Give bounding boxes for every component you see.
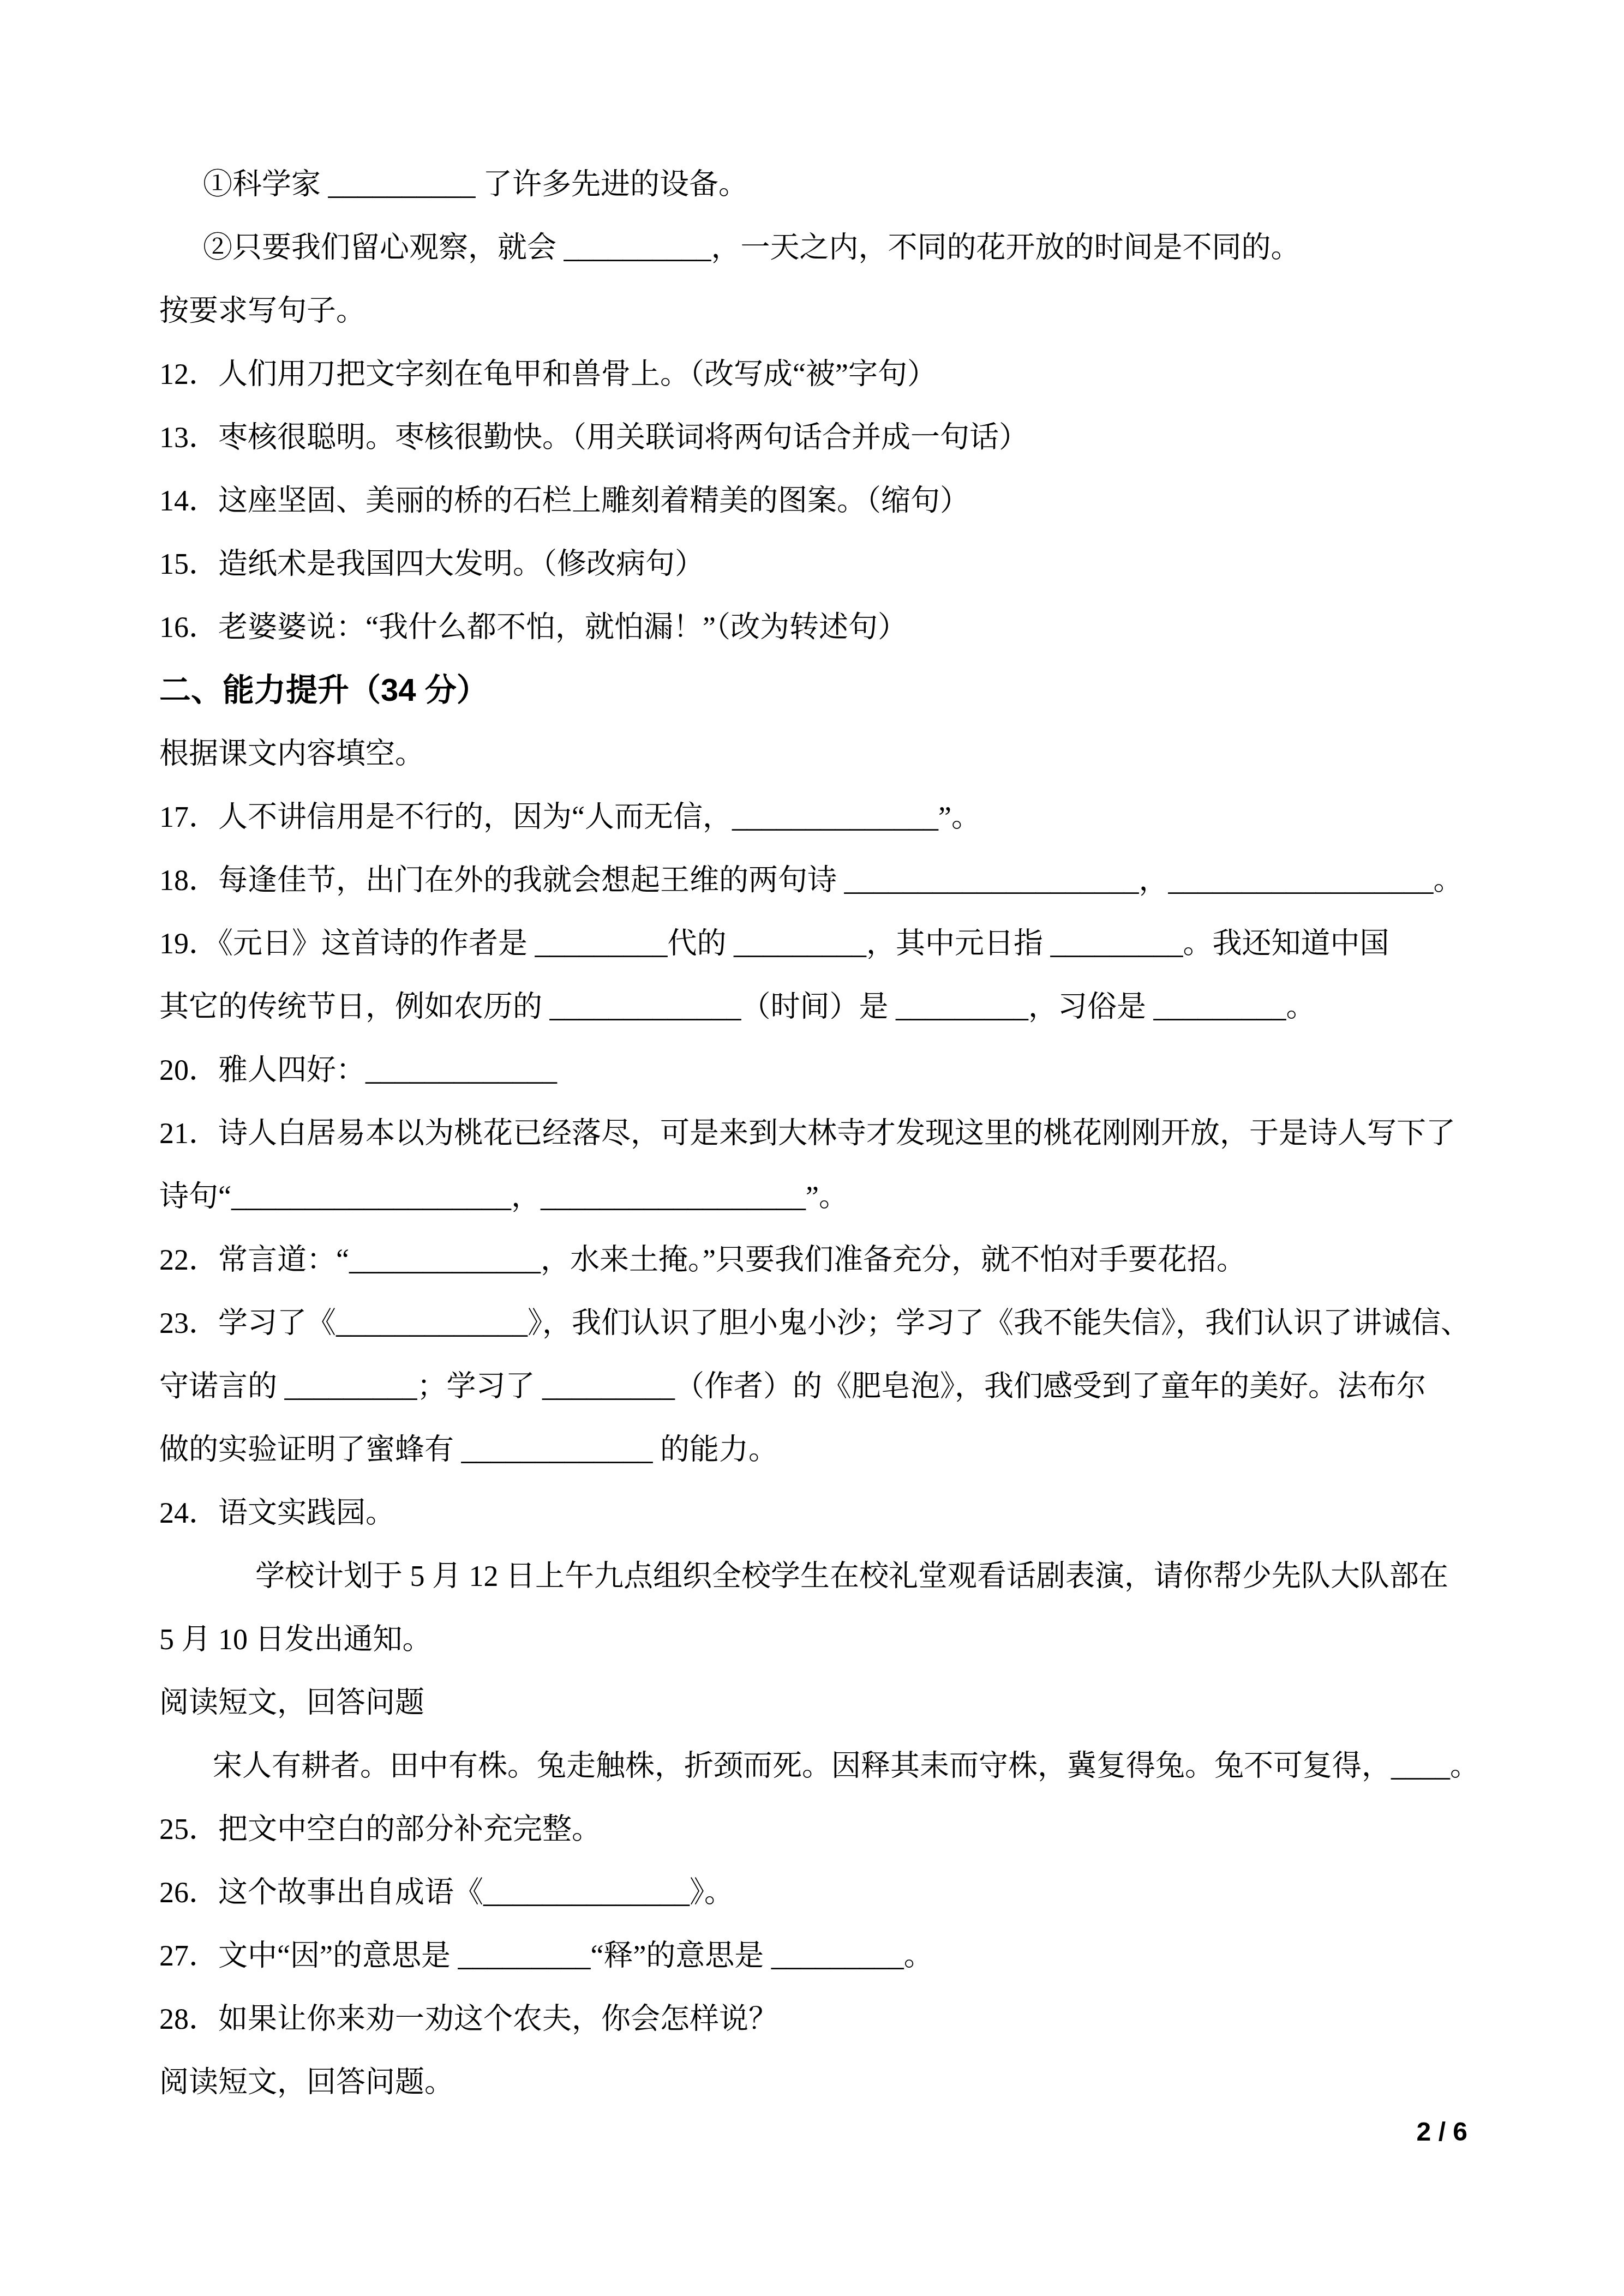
sub-item-2: ②只要我们留心观察，就会 __________，一天之内，不同的花开放的时间是不…	[159, 216, 1467, 279]
question-28: 28．如果让你来劝一劝这个农夫，你会怎样说？	[159, 1987, 1467, 2051]
question-23-continued-1: 守诺言的 _________；学习了 _________（作者）的《肥皂泡》，我…	[159, 1355, 1467, 1418]
sub-item-1: ①科学家 __________ 了许多先进的设备。	[159, 153, 1467, 216]
question-20: 20．雅人四好：_____________	[159, 1038, 1467, 1102]
question-19: 19．《元日》这首诗的作者是 _________代的 _________，其中元…	[159, 912, 1467, 975]
question-26: 26．这个故事出自成语《______________》。	[159, 1861, 1467, 1924]
question-15: 15．造纸术是我国四大发明。（修改病句）	[159, 532, 1467, 596]
instruction-fill-blanks: 根据课文内容填空。	[159, 722, 1467, 785]
question-21-continued: 诗句“___________________，_________________…	[159, 1165, 1467, 1228]
question-24: 24．语文实践园。	[159, 1481, 1467, 1544]
reading-passage: 宋人有耕者。田中有株。兔走触株，折颈而死。因释其耒而守株，冀复得兔。兔不可复得，…	[159, 1734, 1467, 1798]
question-21: 21．诗人白居易本以为桃花已经落尽，可是来到大林寺才发现这里的桃花刚刚开放，于是…	[159, 1102, 1467, 1165]
document-page: ①科学家 __________ 了许多先进的设备。 ②只要我们留心观察，就会 _…	[0, 0, 1624, 2296]
question-12: 12．人们用刀把文字刻在龟甲和兽骨上。（改写成“被”字句）	[159, 342, 1467, 406]
instruction-write-sentences: 按要求写句子。	[159, 279, 1467, 342]
question-23: 23．学习了《_____________》，我们认识了胆小鬼小沙；学习了《我不能…	[159, 1291, 1467, 1355]
instruction-reading-1: 阅读短文，回答问题	[159, 1671, 1467, 1734]
question-19-continued: 其它的传统节日，例如农历的 _____________（时间）是 _______…	[159, 975, 1467, 1038]
question-17: 17．人不讲信用是不行的，因为“人而无信，______________”。	[159, 785, 1467, 849]
instruction-reading-2: 阅读短文，回答问题。	[159, 2051, 1467, 2114]
question-24-notice-text: 学校计划于 5 月 12 日上午九点组织全校学生在校礼堂观看话剧表演，请你帮少先…	[159, 1544, 1467, 1608]
question-22: 22．常言道：“_____________，水来土掩。”只要我们准备充分，就不怕…	[159, 1228, 1467, 1291]
page-number: 2 / 6	[1417, 2115, 1467, 2150]
question-16: 16．老婆婆说：“我什么都不怕，就怕漏！”（改为转述句）	[159, 596, 1467, 659]
question-23-continued-2: 做的实验证明了蜜蜂有 _____________ 的能力。	[159, 1418, 1467, 1481]
question-25: 25．把文中空白的部分补充完整。	[159, 1798, 1467, 1861]
question-27: 27．文中“因”的意思是 _________“释”的意思是 _________。	[159, 1924, 1467, 1987]
question-13: 13．枣核很聪明。枣核很勤快。（用关联词将两句话合并成一句话）	[159, 406, 1467, 469]
question-24-notice-text-continued: 5 月 10 日发出通知。	[159, 1608, 1467, 1671]
question-14: 14．这座坚固、美丽的桥的石栏上雕刻着精美的图案。（缩句）	[159, 469, 1467, 532]
exam-content: ①科学家 __________ 了许多先进的设备。 ②只要我们留心观察，就会 _…	[159, 153, 1467, 2114]
question-18: 18．每逢佳节，出门在外的我就会想起王维的两句诗 _______________…	[159, 849, 1467, 912]
section-heading-2: 二、能力提升（34 分）	[159, 659, 1467, 722]
